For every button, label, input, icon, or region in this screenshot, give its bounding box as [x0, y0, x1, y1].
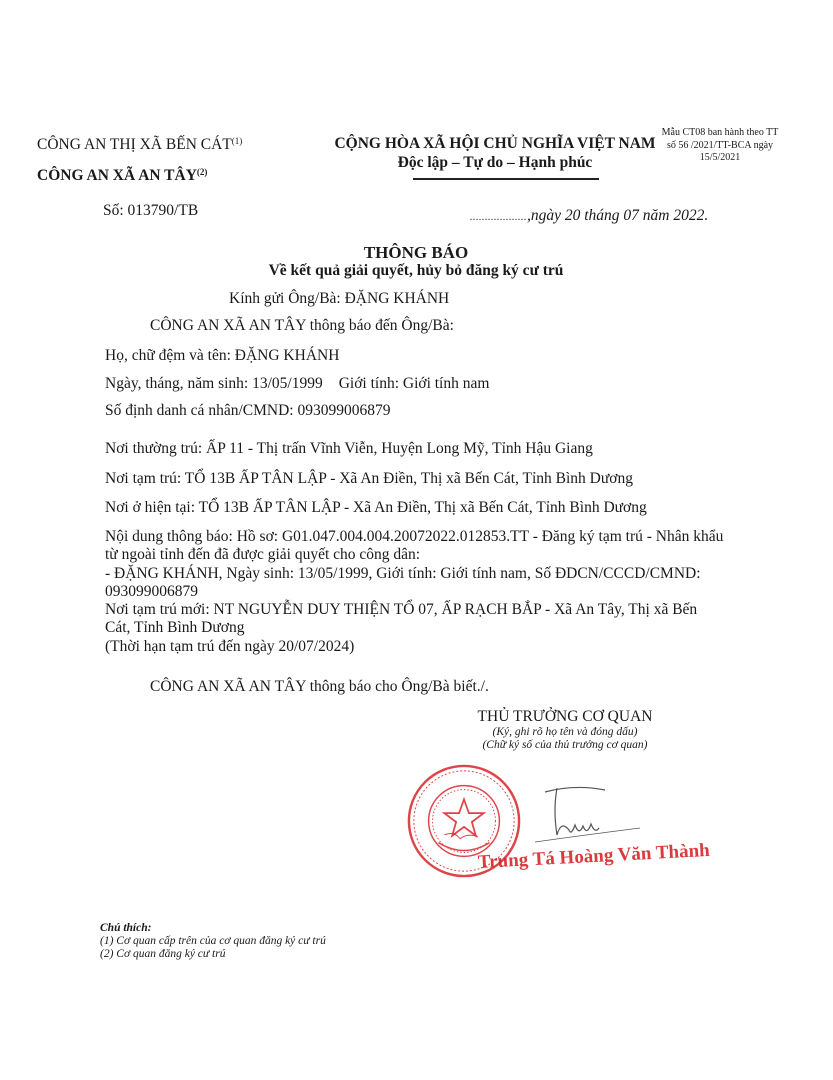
field-gender: Giới tính: Giới tính nam: [339, 375, 490, 392]
field-personal-id: Số định danh cá nhân/CMND: 093099006879: [105, 402, 390, 420]
parent-agency-text: CÔNG AN THỊ XÃ BẾN CÁT: [37, 136, 232, 153]
footnotes-heading: Chú thích:: [100, 922, 326, 935]
signer-position: THỦ TRƯỞNG CƠ QUAN: [440, 708, 690, 726]
field-temporary-residence: Nơi tạm trú: TỔ 13B ẤP TÂN LẬP - Xã An Đ…: [105, 470, 633, 488]
footnote-ref-2: (2): [197, 167, 208, 177]
closing-line: CÔNG AN XÃ AN TÂY thông báo cho Ông/Bà b…: [150, 678, 489, 696]
recipient-greeting: Kính gửi Ông/Bà: ĐẶNG KHÁNH: [229, 290, 449, 308]
field-dob: Ngày, tháng, năm sinh: 13/05/1999: [105, 375, 323, 392]
date-text: ,ngày 20 tháng 07 năm 2022.: [527, 207, 708, 224]
motto-underline: [413, 178, 599, 180]
form-template-note: Mẫu CT08 ban hành theo TT số 56 /2021/TT…: [660, 127, 780, 165]
content-new-address: Nơi tạm trú mới: NT NGUYỄN DUY THIỆN TỔ …: [105, 601, 725, 638]
parent-agency: CÔNG AN THỊ XÃ BẾN CÁT(1): [37, 136, 242, 154]
field-current-residence: Nơi ở hiện tại: TỔ 13B ẤP TÂN LẬP - Xã A…: [105, 499, 647, 517]
digital-signature-note: (Chữ ký số của thủ trưởng cơ quan): [440, 739, 690, 752]
national-title: CỘNG HÒA XÃ HỘI CHỦ NGHĨA VIỆT NAM: [334, 135, 656, 153]
field-permanent-residence: Nơi thường trú: ẤP 11 - Thị trấn Vĩnh Vi…: [105, 440, 593, 458]
content-record: Nội dung thông báo: Hồ sơ: G01.047.004.0…: [105, 528, 725, 565]
field-full-name: Họ, chữ đệm và tên: ĐẶNG KHÁNH: [105, 347, 339, 365]
document-title: THÔNG BÁO: [200, 243, 632, 263]
field-dob-gender: Ngày, tháng, năm sinh: 13/05/1999Giới tí…: [105, 375, 489, 393]
signature-instruction: (Ký, ghi rõ họ tên và đóng dấu): [440, 726, 690, 739]
issuing-agency-text: CÔNG AN XÃ AN TÂY: [37, 167, 197, 184]
issuing-agency: CÔNG AN XÃ AN TÂY(2): [37, 167, 207, 185]
issue-date: ...................,ngày 20 tháng 07 năm…: [470, 207, 708, 225]
content-citizen: - ĐẶNG KHÁNH, Ngày sinh: 13/05/1999, Giớ…: [105, 565, 725, 602]
footnote-ref-1: (1): [232, 136, 243, 146]
footnotes: Chú thích: (1) Cơ quan cấp trên của cơ q…: [100, 922, 326, 961]
notice-content: Nội dung thông báo: Hồ sơ: G01.047.004.0…: [105, 528, 725, 656]
document-number: Số: 013790/TB: [103, 202, 198, 220]
intro-line: CÔNG AN XÃ AN TÂY thông báo đến Ông/Bà:: [150, 317, 454, 335]
signature-block: THỦ TRƯỞNG CƠ QUAN (Ký, ghi rõ họ tên và…: [440, 708, 690, 752]
footnote-2: (2) Cơ quan đăng ký cư trú: [100, 948, 326, 961]
footnote-1: (1) Cơ quan cấp trên của cơ quan đăng ký…: [100, 935, 326, 948]
national-motto: Độc lập – Tự do – Hạnh phúc: [334, 154, 656, 172]
document-subtitle: Về kết quả giải quyết, hủy bỏ đăng ký cư…: [200, 262, 632, 280]
date-placeholder-dots: ...................: [470, 212, 527, 223]
content-validity: (Thời hạn tạm trú đến ngày 20/07/2024): [105, 638, 725, 656]
